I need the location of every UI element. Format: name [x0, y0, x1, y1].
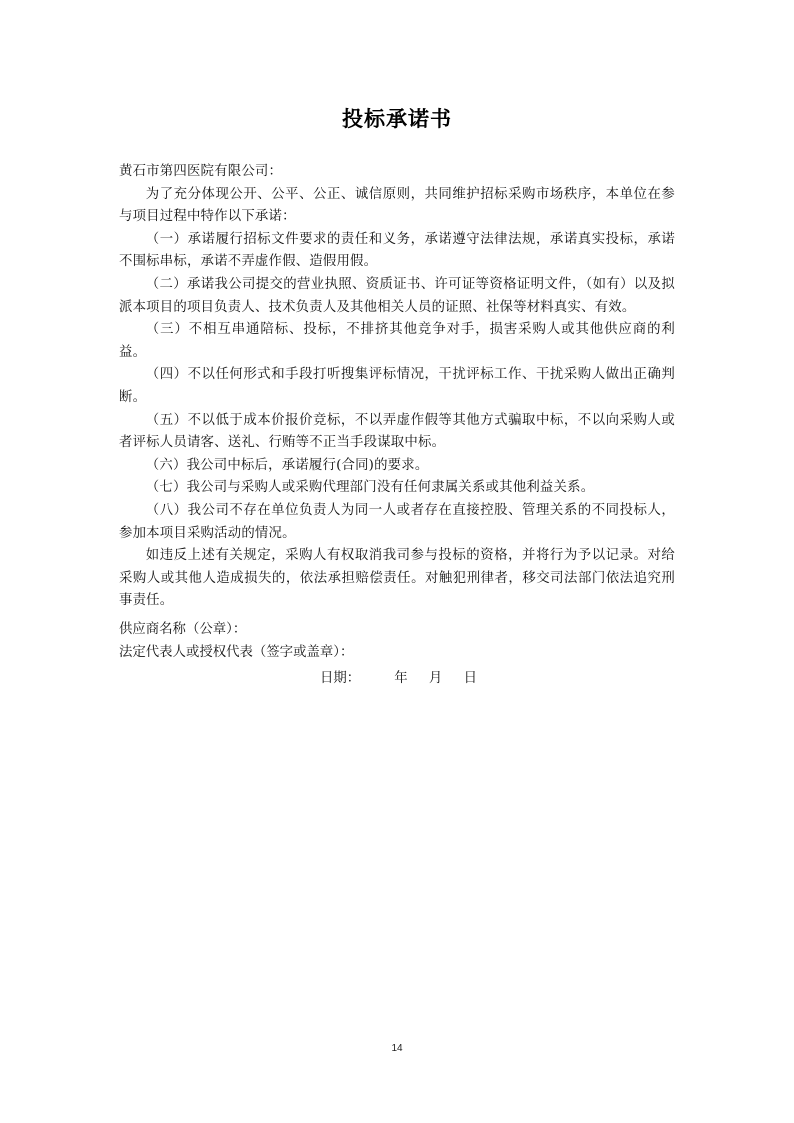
commitment-4: （四）不以任何形式和手段打听搜集评标情况，干扰评标工作、干扰采购人做出正确判断。 — [119, 364, 675, 409]
closing-paragraph: 如违反上述有关规定，采购人有权取消我司参与投标的资格，并将行为予以记录。对给采购… — [119, 545, 675, 613]
commitment-1: （一）承诺履行招标文件要求的责任和义务，承诺遵守法律法规，承诺真实投标，承诺不围… — [119, 229, 675, 274]
commitment-3: （三）不相互串通陪标、投标，不排挤其他竞争对手，损害采购人或其他供应商的利益。 — [119, 319, 675, 364]
addressee: 黄石市第四医院有限公司： — [119, 161, 675, 184]
page-number: 14 — [0, 1043, 794, 1054]
commitment-6: （六）我公司中标后，承诺履行(合同)的要求。 — [119, 455, 675, 478]
commitment-7: （七）我公司与采购人或采购代理部门没有任何隶属关系或其他利益关系。 — [119, 477, 675, 500]
commitment-2: （二）承诺我公司提交的营业执照、资质证书、许可证等资格证明文件，（如有）以及拟派… — [119, 274, 675, 319]
date-label: 日期： 年 月 日 — [320, 667, 477, 686]
document-title: 投标承诺书 — [0, 103, 794, 133]
representative-label: 法定代表人或授权代表（签字或盖章）： — [119, 641, 353, 660]
commitment-8: （八）我公司不存在单位负责人为同一人或者存在直接控股、管理关系的不同投标人，参加… — [119, 500, 675, 545]
commitment-5: （五）不以低于成本价报价竞标，不以弄虚作假等其他方式骗取中标，不以向采购人或者评… — [119, 410, 675, 455]
document-body: 黄石市第四医院有限公司： 为了充分体现公开、公平、公正、诚信原则，共同维护招标采… — [119, 161, 675, 613]
intro-paragraph: 为了充分体现公开、公平、公正、诚信原则，共同维护招标采购市场秩序，本单位在参与项… — [119, 184, 675, 229]
supplier-name-label: 供应商名称（公章）： — [119, 618, 246, 637]
